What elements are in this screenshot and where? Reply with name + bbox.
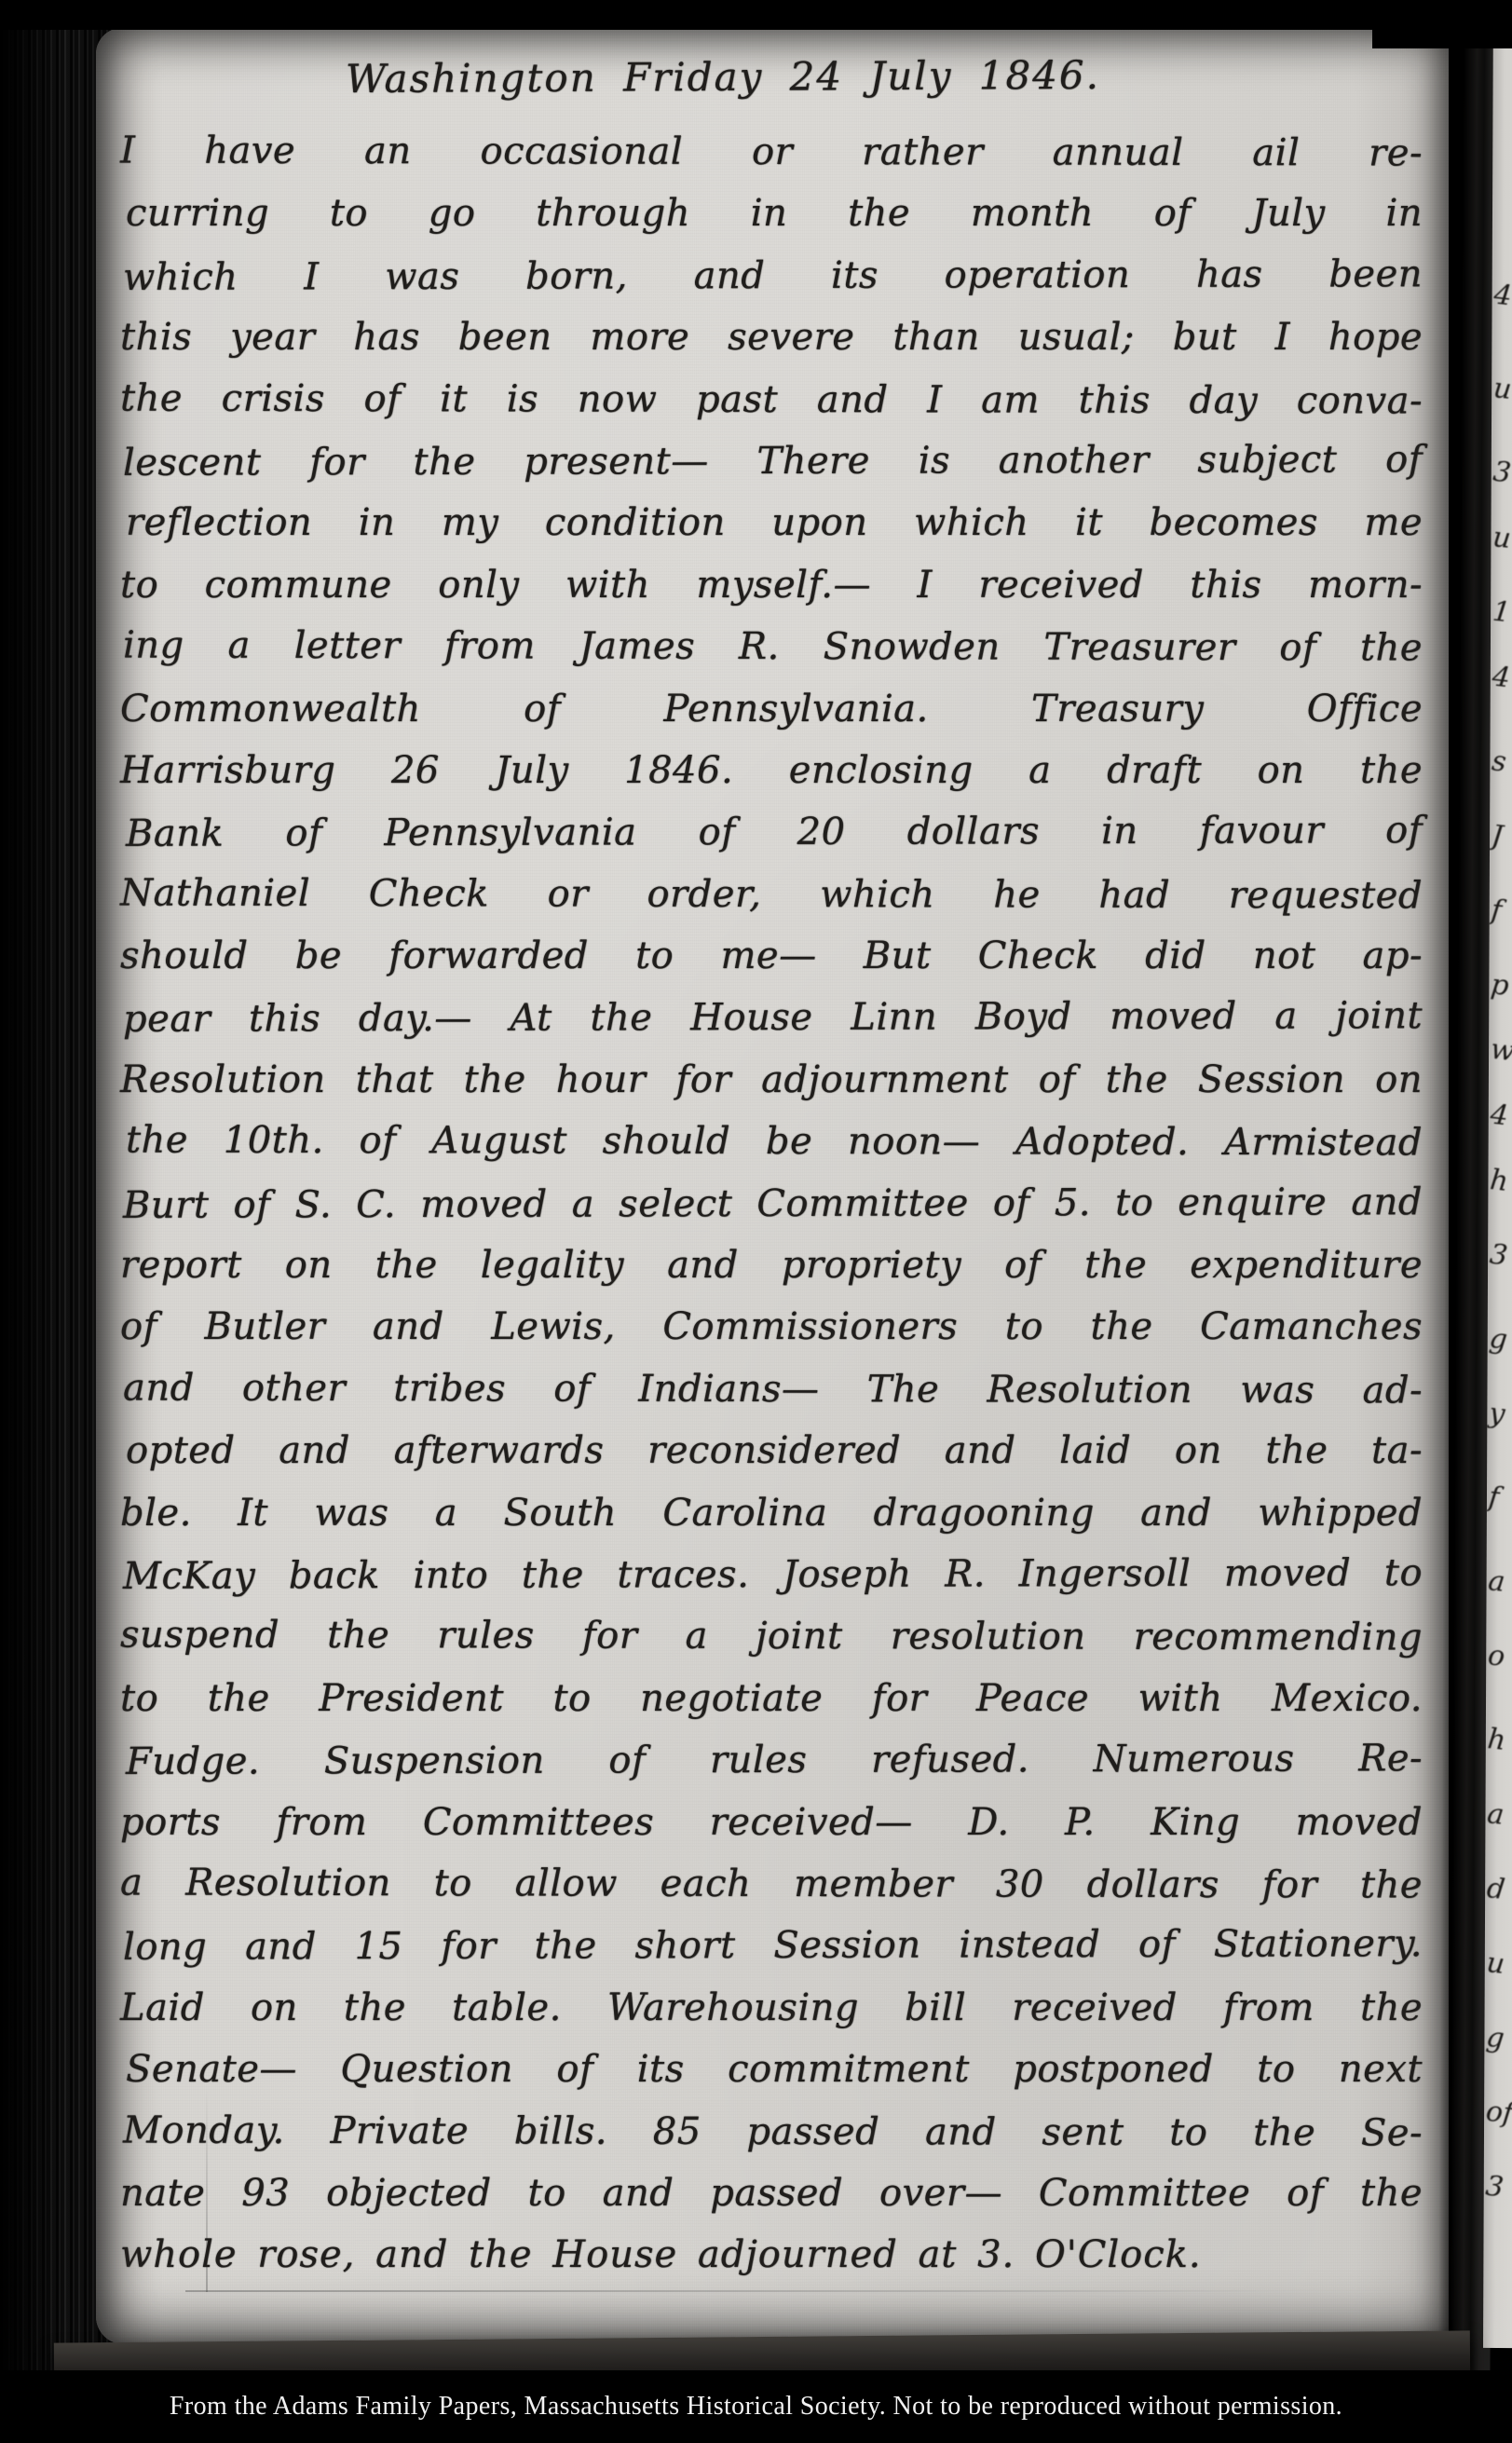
- diary-line: this year has been more severe than usua…: [120, 307, 1423, 368]
- diary-line: report on the legality and propriety of …: [120, 1235, 1423, 1296]
- adjacent-page-ink-fragment: o: [1486, 1639, 1506, 1673]
- diary-line: ing a letter from James R. Snowden Treas…: [123, 615, 1423, 679]
- adjacent-page-ink-fragment: 1: [1491, 595, 1512, 630]
- diary-line: Nathaniel Check or order, which he had r…: [120, 862, 1423, 926]
- adjacent-page-ink-fragment: s: [1491, 744, 1508, 778]
- diary-line: lescent for the present— There is anothe…: [123, 429, 1423, 494]
- diary-line: whole rose, and the House adjourned at 3…: [120, 2224, 1423, 2286]
- adjacent-page-ink-fragment: u: [1492, 521, 1512, 555]
- adjacent-page-ink-fragment: J: [1490, 819, 1505, 853]
- diary-line: I have an occasional or rather annual ai…: [120, 120, 1423, 184]
- diary-line: Resolution that the hour for adjournment…: [120, 1049, 1423, 1111]
- adjacent-page-ink-fragment: u: [1485, 1946, 1506, 1981]
- diary-line: and other tribes of Indians— The Resolut…: [123, 1357, 1423, 1421]
- adjacent-page-ink-fragment: a: [1486, 1797, 1506, 1832]
- adjacent-page-ink-fragment: h: [1486, 1723, 1507, 1757]
- adjacent-page-ink-fragment: p: [1490, 968, 1511, 1003]
- adjacent-page-ink-fragment: u: [1492, 372, 1512, 406]
- adjacent-page-ink-fragment: of: [1484, 2095, 1512, 2131]
- diary-line: Laid on the table. Warehousing bill rece…: [120, 1977, 1423, 2039]
- adjacent-page-ink-fragment: h: [1489, 1164, 1510, 1198]
- diary-line: ble. It was a South Carolina dragooning …: [120, 1482, 1423, 1544]
- handwritten-text-block: Washington Friday 24 July 1846. I have a…: [120, 54, 1423, 2286]
- diary-page: Washington Friday 24 July 1846. I have a…: [96, 28, 1449, 2344]
- adjacent-page-ink-fragment: g: [1485, 2021, 1506, 2055]
- page-impressed-rule-bottom: [185, 2290, 1290, 2292]
- diary-line: the 10th. of August should be noon— Adop…: [126, 1110, 1423, 1174]
- adjacent-page-ink-fragment: f: [1490, 894, 1504, 927]
- adjacent-page-ink-fragment: 4: [1492, 279, 1512, 313]
- adjacent-page-ink-fragment: y: [1488, 1397, 1507, 1431]
- diary-line: ports from Committees received— D. P. Ki…: [120, 1792, 1423, 1853]
- diary-line: should be forwarded to me— But Check did…: [120, 925, 1423, 987]
- diary-line: Harrisburg 26 July 1846. enclosing a dra…: [120, 740, 1423, 801]
- adjacent-page-ink-fragment: 4: [1489, 1099, 1510, 1133]
- diary-line: a Resolution to allow each member 30 dol…: [120, 1851, 1423, 1916]
- adjacent-page-ink-fragment: 3: [1492, 456, 1512, 490]
- diary-line: nate 93 objected to and passed over— Com…: [120, 2163, 1423, 2224]
- adjacent-page-ink-fragment: 3: [1488, 1238, 1509, 1273]
- diary-lines: I have an occasional or rather annual ai…: [120, 121, 1423, 2286]
- diary-line: Fudge. Suspension of rules refused. Nume…: [126, 1727, 1423, 1793]
- scan-top-border: [0, 0, 1512, 30]
- credit-caption-text: From the Adams Family Papers, Massachuse…: [170, 2392, 1342, 2422]
- diary-line: of Butler and Lewis, Commissioners to th…: [120, 1296, 1423, 1358]
- scan-top-right-border: [1372, 0, 1512, 48]
- diary-line: Bank of Pennsylvania of 20 dollars in fa…: [126, 799, 1423, 865]
- diary-line: Burt of S. C. moved a select Committee o…: [123, 1171, 1423, 1236]
- diary-line: Commonwealth of Pennsylvania. Treasury O…: [120, 678, 1423, 740]
- diary-line: to the President to negotiate for Peace …: [120, 1668, 1423, 1729]
- diary-line: long and 15 for the short Session instea…: [123, 1914, 1423, 1979]
- adjacent-page-ink-fragment: g: [1488, 1322, 1509, 1357]
- adjacent-page-ink-fragment: w: [1489, 1033, 1512, 1069]
- adjacent-page-ink-fragment: a: [1487, 1564, 1507, 1599]
- diary-line: to commune only with myself.— I received…: [120, 554, 1423, 616]
- adjacent-page-ink-fragment: 4: [1491, 661, 1512, 695]
- diary-line: reflection in my condition upon which it…: [126, 492, 1423, 553]
- adjacent-page-ink-fragment: 3: [1484, 2170, 1505, 2204]
- manuscript-scan: Washington Friday 24 July 1846. I have a…: [0, 0, 1512, 2443]
- diary-line: pear this day.— At the House Linn Boyd m…: [123, 986, 1423, 1051]
- diary-line: Senate— Question of its commitment postp…: [126, 2039, 1423, 2100]
- entry-dateline: Washington Friday 24 July 1846.: [346, 52, 1100, 121]
- diary-line: Monday. Private bills. 85 passed and sen…: [123, 2099, 1423, 2163]
- diary-line: opted and afterwards reconsidered and la…: [126, 1420, 1423, 1481]
- adjacent-page-ink-fragment: d: [1485, 1872, 1506, 1906]
- credit-caption-bar: From the Adams Family Papers, Massachuse…: [0, 2370, 1512, 2443]
- diary-line: which I was born, and its operation has …: [123, 243, 1423, 308]
- adjacent-page-ink-fragment: f: [1487, 1481, 1501, 1514]
- diary-line: suspend the rules for a joint resolution…: [120, 1604, 1423, 1669]
- diary-line: the crisis of it is now past and I am th…: [120, 367, 1423, 431]
- diary-line: curring to go through in the month of Ju…: [126, 183, 1423, 244]
- diary-line: McKay back into the traces. Joseph R. In…: [123, 1542, 1423, 1607]
